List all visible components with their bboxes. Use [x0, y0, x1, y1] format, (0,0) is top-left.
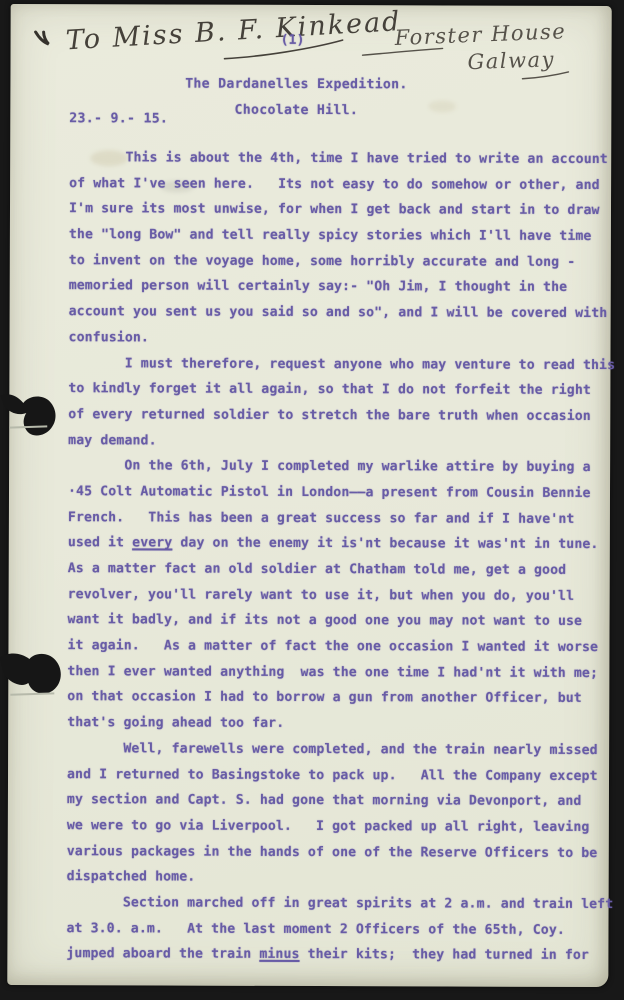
typed-line: various packages in the hands of one of …	[67, 839, 603, 867]
typed-line: the "long Bow" and tell really spicy sto…	[69, 222, 605, 250]
document-date: 23.- 9.- 15.	[69, 111, 168, 126]
handwritten-address-line1: Forster House	[394, 19, 566, 50]
typed-line: dispatched home.	[67, 864, 603, 892]
typed-line: want it badly, and if its not a good one…	[68, 608, 604, 636]
paper-tear-line	[10, 692, 54, 695]
checkmark-icon	[36, 32, 49, 44]
typed-line: ·45 Colt Automatic Pistol in London——a p…	[68, 479, 604, 507]
typed-line: may demand.	[68, 428, 604, 456]
page-number: (1)	[281, 33, 305, 48]
typed-line: of what I've seen here. Its not easy to …	[69, 171, 605, 199]
typed-line: used it every day on the enemy it is'nt …	[68, 530, 604, 558]
typed-line: This is about the 4th, time I have tried…	[69, 145, 605, 173]
typed-line: French. This has been a great success so…	[68, 505, 604, 533]
typed-line: to invent on the voyage home, some horri…	[69, 248, 605, 276]
typed-line: at 3.0. a.m. At the last moment 2 Office…	[66, 916, 602, 944]
letter-page: To Miss B. F. Kinkead (1) Forster House …	[7, 4, 611, 987]
typed-line: my section and Capt. S. had gone that mo…	[67, 787, 603, 815]
typed-line: On the 6th, July I completed my warlike …	[68, 453, 604, 481]
typed-line: on that occasion I had to borrow a gun f…	[67, 685, 603, 713]
typed-line: account you sent us you said so and so",…	[69, 299, 605, 327]
paper-tear-line	[9, 425, 47, 428]
typed-line: and I returned to Basingstoke to pack up…	[67, 762, 603, 790]
typed-line: Section marched off in great spirits at …	[67, 890, 603, 918]
typed-line: it again. As a matter of fact the one oc…	[67, 633, 603, 661]
typed-line: memoried person will certainly say:- "Oh…	[69, 274, 605, 302]
typed-line: then I ever wanted anything was the one …	[67, 659, 603, 687]
typed-body: This is about the 4th, time I have tried…	[66, 145, 605, 969]
punch-hole-top	[0, 388, 64, 444]
typed-line: we were to go via Liverpool. I got packe…	[67, 813, 603, 841]
typed-line: I must therefore, request anyone who may…	[68, 351, 604, 379]
handwritten-recipient: To Miss B. F. Kinkead	[65, 6, 402, 56]
typed-line: Well, farewells were completed, and the …	[67, 736, 603, 764]
typed-line: to kindly forget it all again, so that I…	[68, 376, 604, 404]
typed-line: revolver, you'll rarely want to use it, …	[68, 582, 604, 610]
typed-line: jumped aboard the train minus their kits…	[66, 941, 602, 969]
document-title: The Dardanelles Expedition.	[26, 71, 566, 99]
typed-line: I'm sure its most unwise, for when I get…	[69, 197, 605, 225]
typed-line: As a matter fact an old soldier at Chath…	[68, 556, 604, 584]
typed-line: that's going ahead too far.	[67, 710, 603, 738]
typed-line: confusion.	[69, 325, 605, 353]
photographed-document: { "page": { "colors": { "bg": "#181818",…	[0, 0, 624, 1000]
typed-line: of every returned soldier to stretch the…	[68, 402, 604, 430]
handwritten-address-line2: Galway	[467, 47, 555, 74]
